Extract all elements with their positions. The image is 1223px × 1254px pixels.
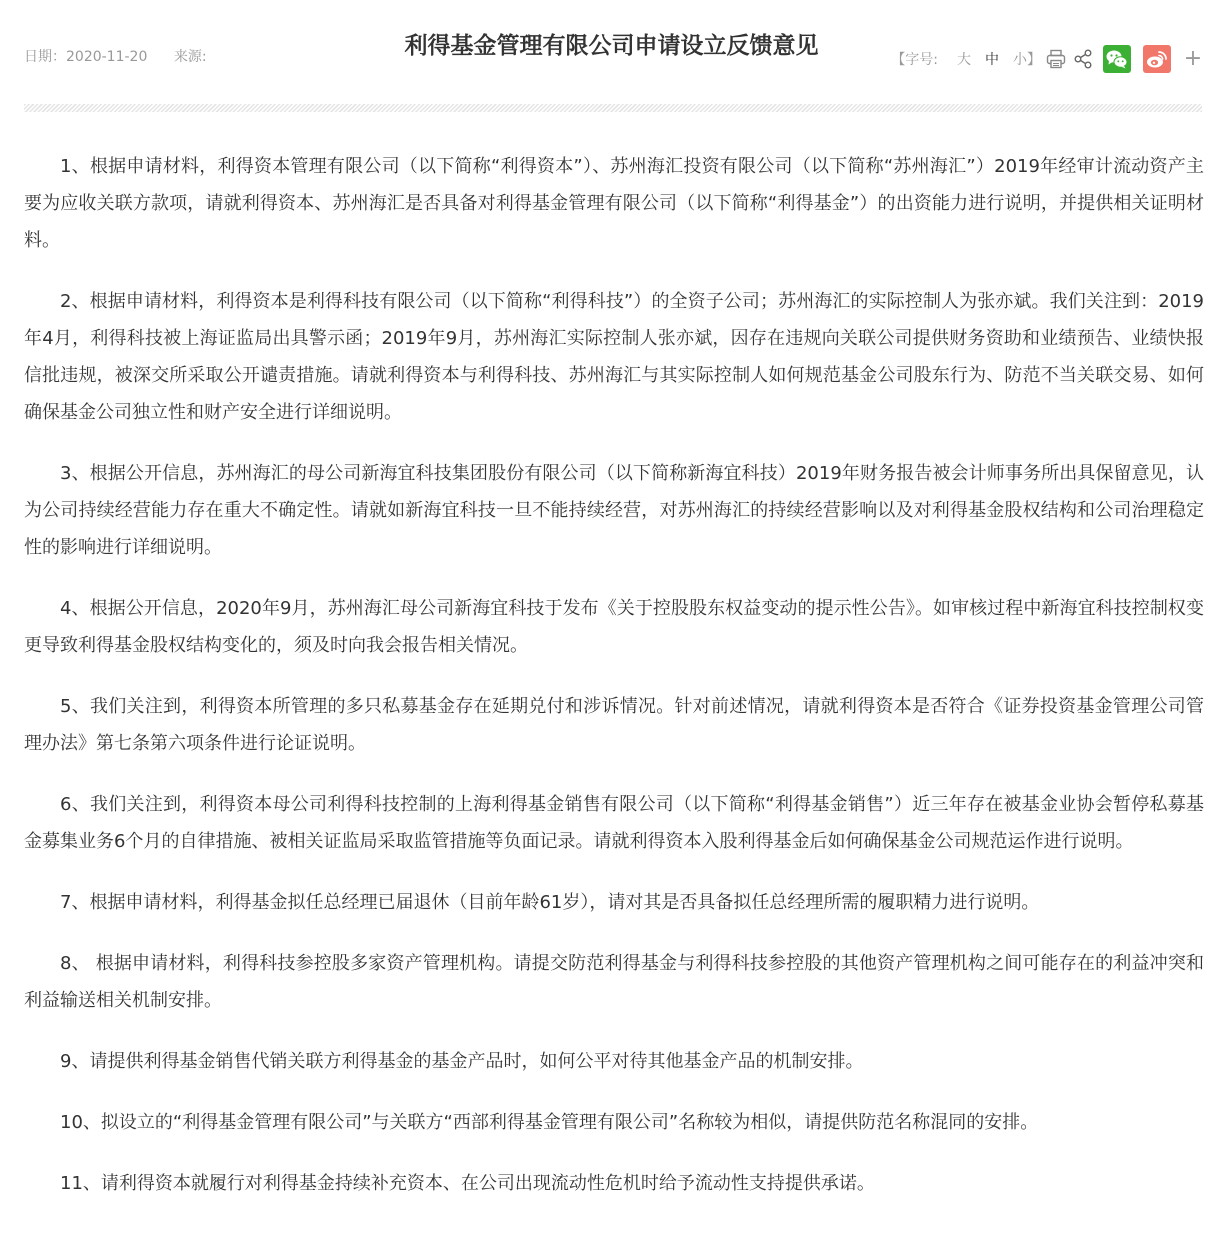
paragraph-2: 2、根据申请材料，利得资本是利得科技有限公司（以下简称“利得科技”）的全资子公司… bbox=[24, 283, 1204, 431]
paragraph-1: 1、根据申请材料，利得资本管理有限公司（以下简称“利得资本”）、苏州海汇投资有限… bbox=[24, 148, 1204, 259]
paragraph-6: 6、我们关注到，利得资本母公司利得科技控制的上海利得基金销售有限公司（以下简称“… bbox=[24, 786, 1204, 860]
more-share-button[interactable]: + bbox=[1183, 45, 1203, 73]
article-meta: 日期：2020-11-20 来源: bbox=[24, 47, 229, 67]
header-divider bbox=[24, 104, 1202, 112]
paragraph-11: 11、请利得资本就履行对利得基金持续补充资本、在公司出现流动性危机时给予流动性支… bbox=[24, 1165, 1204, 1202]
weibo-icon bbox=[1145, 48, 1169, 70]
paragraph-3: 3、根据公开信息，苏州海汇的母公司新海宜科技集团股份有限公司（以下简称新海宜科技… bbox=[24, 455, 1204, 566]
font-size-label: 【字号: bbox=[891, 49, 938, 69]
plus-icon: + bbox=[1184, 45, 1202, 73]
font-size-large-button[interactable]: 大 bbox=[957, 49, 971, 69]
wechat-share-button[interactable] bbox=[1103, 45, 1131, 73]
paragraph-7: 7、根据申请材料，利得基金拟任总经理已届退休（目前年龄61岁），请对其是否具备拟… bbox=[24, 884, 1204, 921]
publish-date: 日期：2020-11-20 bbox=[24, 49, 147, 65]
print-icon[interactable] bbox=[1045, 48, 1067, 70]
paragraph-8: 8、 根据申请材料，利得科技参控股多家资产管理机构。请提交防范利得基金与利得科技… bbox=[24, 945, 1204, 1019]
source-label: 来源: bbox=[174, 49, 207, 65]
share-icon[interactable] bbox=[1073, 48, 1093, 70]
article-toolbar: 【字号: 大 中 小 】 bbox=[891, 44, 1203, 74]
font-size-bracket: 】 bbox=[1027, 49, 1041, 69]
weibo-share-button[interactable] bbox=[1143, 45, 1171, 73]
paragraph-5: 5、我们关注到，利得资本所管理的多只私募基金存在延期兑付和涉诉情况。针对前述情况… bbox=[24, 688, 1204, 762]
paragraph-4: 4、根据公开信息，2020年9月，苏州海汇母公司新海宜科技于发布《关于控股股东权… bbox=[24, 590, 1204, 664]
wechat-icon bbox=[1105, 48, 1129, 70]
paragraph-9: 9、请提供利得基金销售代销关联方利得基金的基金产品时，如何公平对待其他基金产品的… bbox=[24, 1043, 1204, 1080]
font-size-small-button[interactable]: 小 bbox=[1013, 49, 1027, 69]
paragraph-10: 10、拟设立的“利得基金管理有限公司”与关联方“西部利得基金管理有限公司”名称较… bbox=[24, 1104, 1204, 1141]
font-size-medium-button[interactable]: 中 bbox=[985, 49, 999, 69]
article-body: 1、根据申请材料，利得资本管理有限公司（以下简称“利得资本”）、苏州海汇投资有限… bbox=[24, 148, 1204, 1226]
